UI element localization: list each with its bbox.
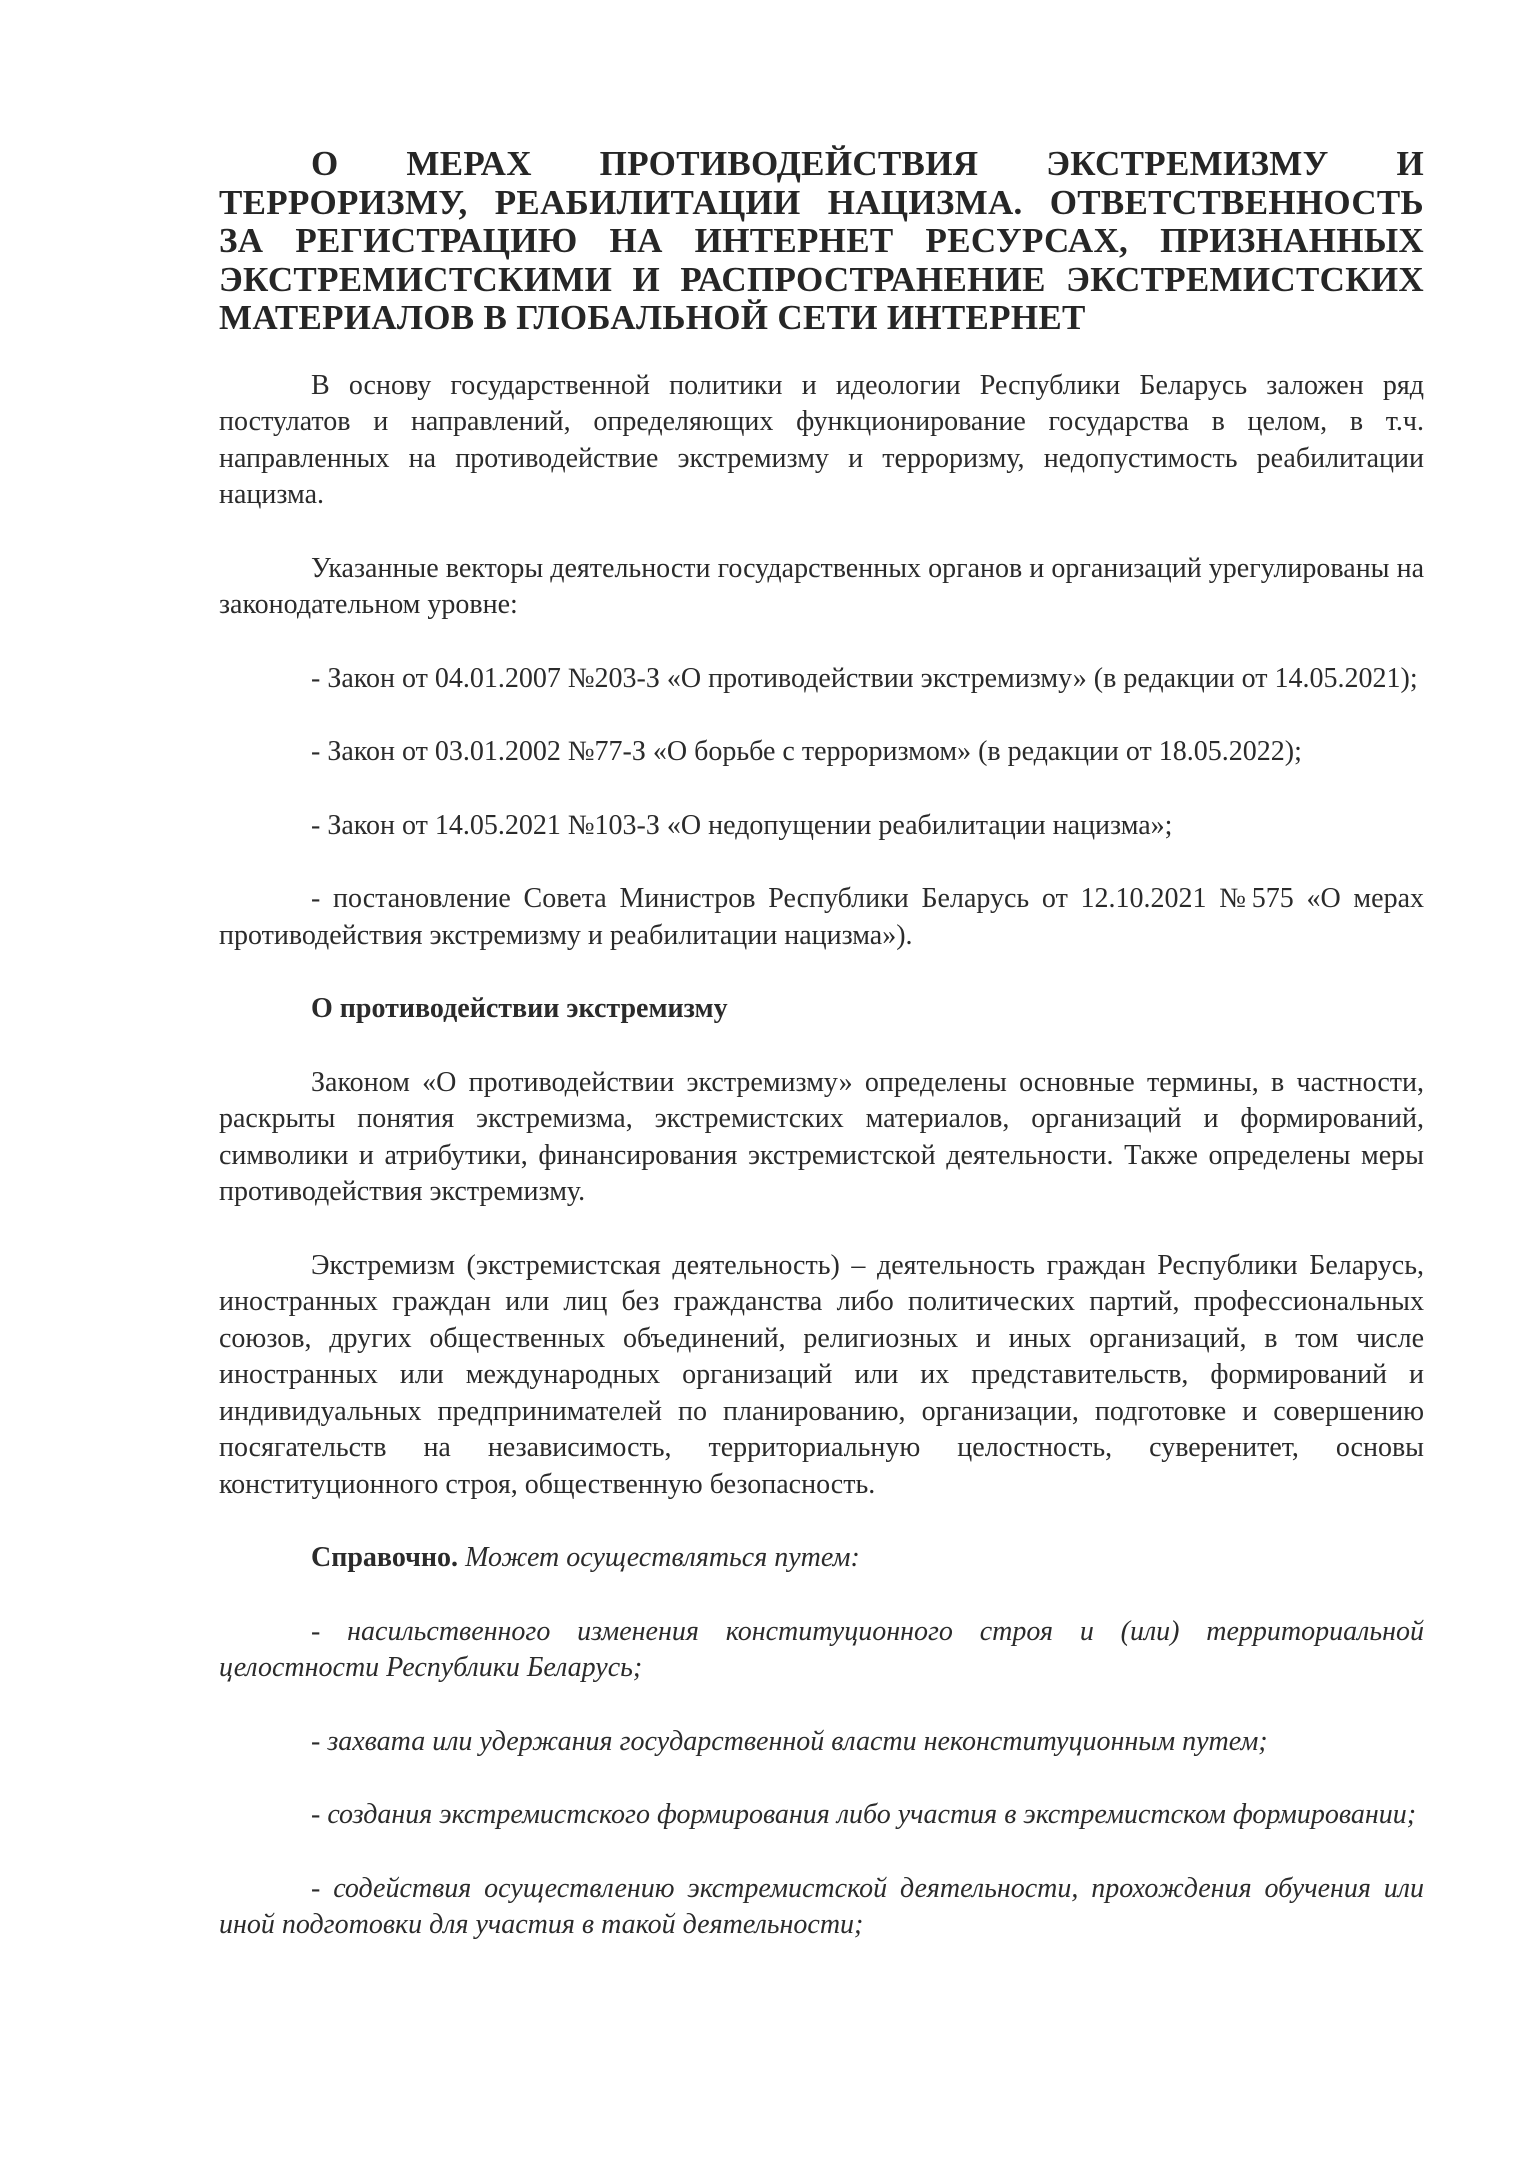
method-item: - насильственного изменения конституцион… bbox=[219, 1614, 1424, 1687]
method-item: - захвата или удержания государственной … bbox=[219, 1724, 1424, 1761]
reference-label: Справочно. bbox=[311, 1542, 458, 1573]
reference-text: Может осуществляться путем: bbox=[458, 1542, 860, 1573]
law-definitions-paragraph: Законом «О противодействии экстремизму» … bbox=[219, 1065, 1424, 1211]
document-title: О МЕРАХ ПРОТИВОДЕЙСТВИЯ ЭКСТРЕМИЗМУ И ТЕ… bbox=[219, 145, 1424, 338]
reference-paragraph: Справочно. Может осуществляться путем: bbox=[219, 1540, 1424, 1577]
document-page: О МЕРАХ ПРОТИВОДЕЙСТВИЯ ЭКСТРЕМИЗМУ И ТЕ… bbox=[219, 145, 1424, 1944]
intro-paragraph: В основу государственной политики и идео… bbox=[219, 368, 1424, 514]
law-item: - постановление Совета Министров Республ… bbox=[219, 881, 1424, 954]
section-heading: О противодействии экстремизму bbox=[219, 991, 1424, 1028]
title-line: О МЕРАХ ПРОТИВОДЕЙСТВИЯ ЭКСТРЕМИЗМУ И bbox=[219, 145, 1424, 184]
law-item: - Закон от 04.01.2007 №203-З «О противод… bbox=[219, 661, 1424, 698]
title-line: ТЕРРОРИЗМУ, РЕАБИЛИТАЦИИ НАЦИЗМА. ОТВЕТС… bbox=[219, 184, 1424, 223]
regulated-paragraph: Указанные векторы деятельности государст… bbox=[219, 551, 1424, 624]
title-line: ЗА РЕГИСТРАЦИЮ НА ИНТЕРНЕТ РЕСУРСАХ, ПРИ… bbox=[219, 222, 1424, 261]
method-item: - создания экстремистского формирования … bbox=[219, 1797, 1424, 1834]
method-item: - содействия осуществлению экстремистско… bbox=[219, 1871, 1424, 1944]
title-line: ЭКСТРЕМИСТСКИМИ И РАСПРОСТРАНЕНИЕ ЭКСТРЕ… bbox=[219, 261, 1424, 300]
law-item: - Закон от 03.01.2002 №77-З «О борьбе с … bbox=[219, 734, 1424, 771]
law-item: - Закон от 14.05.2021 №103-З «О недопуще… bbox=[219, 808, 1424, 845]
title-line: МАТЕРИАЛОВ В ГЛОБАЛЬНОЙ СЕТИ ИНТЕРНЕТ bbox=[219, 299, 1424, 338]
extremism-definition-paragraph: Экстремизм (экстремистская деятельность)… bbox=[219, 1248, 1424, 1504]
